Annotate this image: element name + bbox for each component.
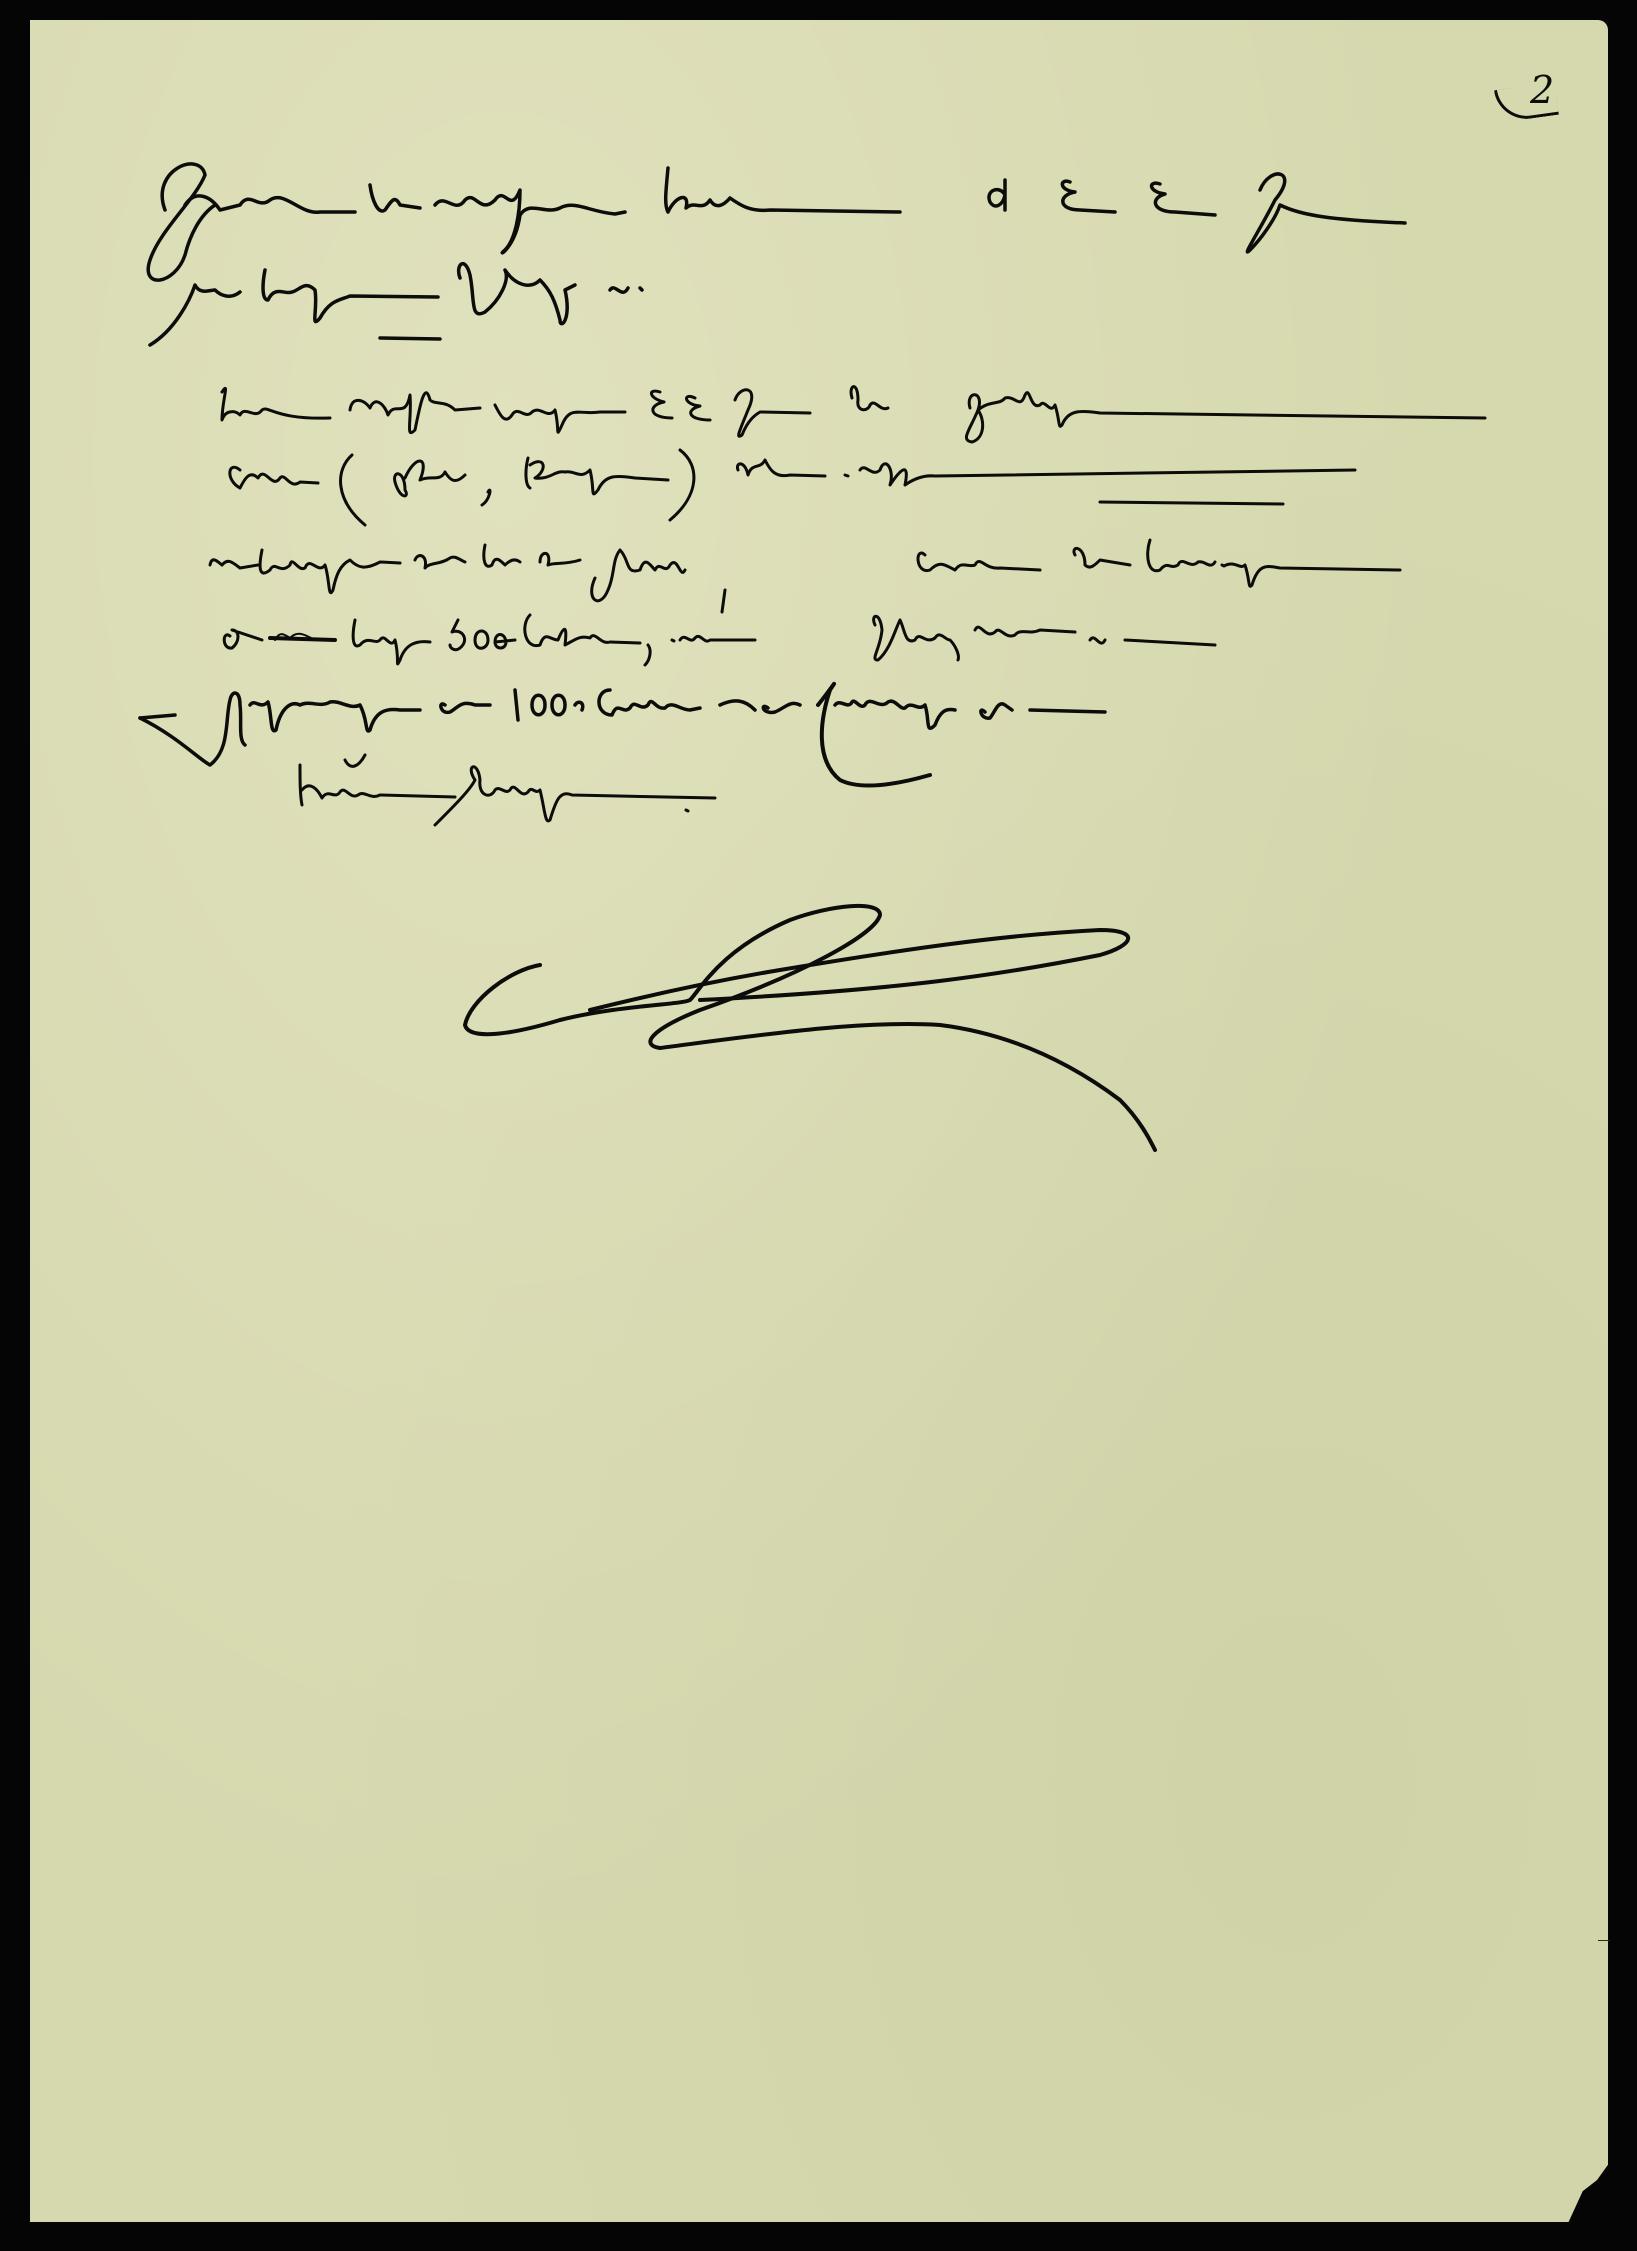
manuscript-line-2: im tiefen Schlaf u. [170,275,485,315]
manuscript-line-5: ein Unterschied als bei der geistigen Ar… [205,545,1218,585]
page-number: 2 [1530,68,1554,112]
manuscript-line-7: Zahlenbogen der 100 Wellen der Einschalt… [225,685,1139,725]
scanned-page: 2 Zwischen den mächtigen Kurven d. E. E.… [0,0,1637,2251]
manuscript-line-1: Zwischen den mächtigen Kurven d. E. E. G… [140,175,969,215]
manuscript-line-3: Dem Ausfall — gewöhnlichen E. E. G. bei … [215,385,1166,425]
manuscript-line-6: der [Kl..] kurzen 500 Wellen, im Schlaf … [225,615,1141,655]
paper-sheet [30,20,1608,2222]
manuscript-line-8: keine bedingt. [295,765,542,805]
paper-tear-mark [1598,1940,1610,1941]
manuscript-line-4: Arbeit (Lesen, Rechnen) scheint entgegen… [230,460,1036,500]
